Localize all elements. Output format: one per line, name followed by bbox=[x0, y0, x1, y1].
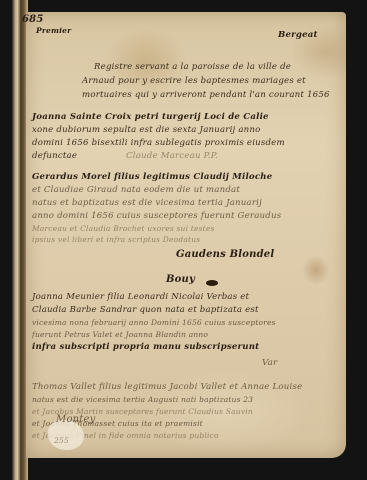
entry-1-line-1: Joanna Sainte Croix petri turgerij Loci … bbox=[32, 112, 269, 122]
entry-4-line-1: Thomas Vallet filius legitimus Jacobi Va… bbox=[32, 382, 302, 392]
entry-1-signature: Claude Marceau P.P. bbox=[126, 151, 218, 161]
entry-3-line-1: Joanna Meunier filia Leonardi Nicolai Ve… bbox=[32, 292, 249, 302]
entry-3-line-4: fuerunt Petrus Valet et Joanna Blandin a… bbox=[32, 330, 208, 339]
entry-4-line-2: natus est die vicesima tertia Augusti na… bbox=[32, 395, 253, 404]
manuscript-page: 685 Premier Bergeat Registre servant a l… bbox=[26, 12, 346, 458]
entry-2-line-6: ipsius vel liberi et infra scriptus Deod… bbox=[32, 235, 200, 244]
ink-blot bbox=[206, 280, 218, 286]
entry-1-line-4: defunctae bbox=[32, 151, 77, 161]
entry-2-line-3: natus et baptizatus est die vicesima ter… bbox=[32, 198, 262, 208]
entry-3-line-2: Claudia Barbe Sandrar quon nata et bapti… bbox=[32, 305, 259, 315]
entry-3-line-3: vicesima nona februarij anno Domini 1656… bbox=[32, 318, 276, 327]
entry-2-signature: Gaudens Blondel bbox=[176, 249, 274, 260]
heading-line-2: Arnaud pour y escrire les baptesmes mari… bbox=[82, 76, 306, 86]
entry-2-line-1: Gerardus Morel filius legitimus Claudij … bbox=[32, 172, 272, 182]
entry-2-line-4: anno domini 1656 cuius susceptores fueru… bbox=[32, 211, 281, 221]
archive-stamp: 255 bbox=[54, 436, 69, 445]
heading-line-3: mortuaires qui y arriveront pendant l'an… bbox=[82, 90, 330, 100]
entry-2-line-5: Marceau et Claudia Brochet uxores sui te… bbox=[32, 224, 215, 233]
document-viewport: 685 Premier Bergeat Registre servant a l… bbox=[0, 0, 367, 480]
entry-1-line-3: domini 1656 bisextili infra sublegatis p… bbox=[32, 138, 285, 148]
top-right-label: Bergeat bbox=[278, 30, 318, 40]
top-left-label: Premier bbox=[36, 26, 71, 35]
entry-3-line-5: infra subscripti propria manu subscripse… bbox=[32, 342, 259, 352]
entry-3-margin-mark: Var bbox=[262, 358, 277, 368]
entry-1-line-2: xone dubiorum sepulta est die sexta Janu… bbox=[32, 125, 261, 135]
heading-line-1: Registre servant a la paroisse de la vil… bbox=[94, 62, 291, 72]
entry-4-signature: Montey bbox=[56, 414, 96, 425]
folio-number: 685 bbox=[22, 14, 43, 25]
entry-2-line-2: et Claudiae Giraud nata eodem die ut man… bbox=[32, 185, 240, 195]
entry-3-section-mark: Bouy bbox=[166, 274, 195, 285]
